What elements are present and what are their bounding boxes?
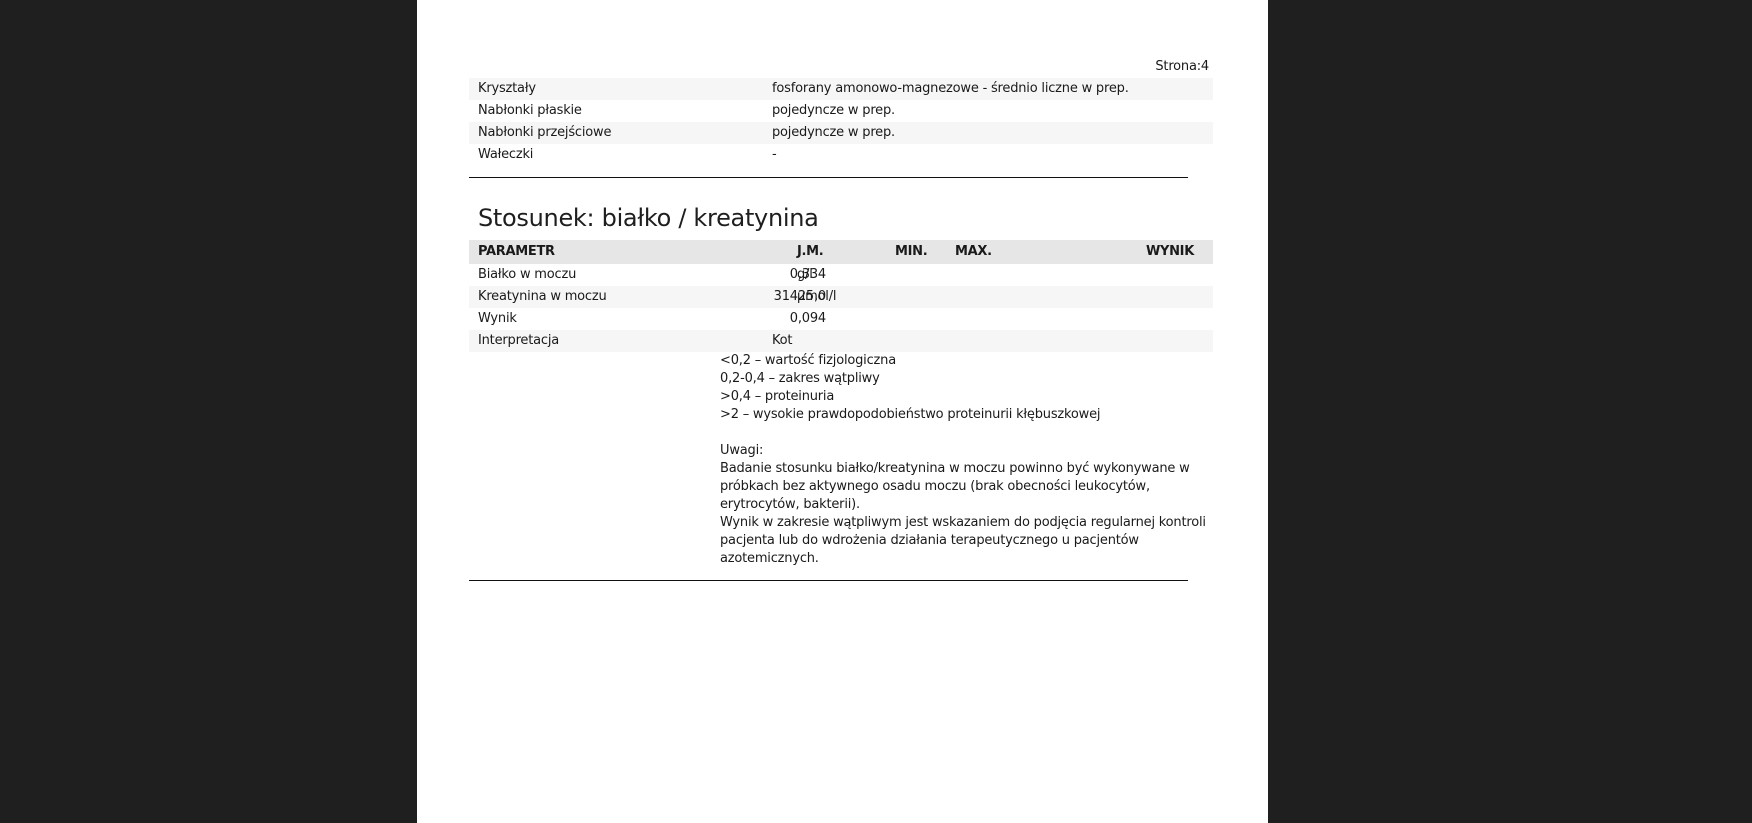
header-min: MIN. (895, 243, 927, 261)
row-value: pojedyncze w prep. (772, 124, 895, 142)
table-header: PARAMETR J.M. MIN. MAX. WYNIK (469, 240, 1213, 264)
table-row: Wałeczki - (469, 144, 1213, 166)
header-max: MAX. (955, 243, 992, 261)
header-unit: J.M. (797, 243, 823, 261)
row-label: Nabłonki płaskie (478, 102, 582, 120)
row-value: - (772, 146, 777, 164)
note-line: erytrocytów, bakterii). (720, 496, 1220, 514)
param-name: Interpretacja (478, 332, 559, 350)
table-row: Kryształy fosforany amonowo-magnezowe - … (469, 78, 1213, 100)
section-title: Stosunek: białko / kreatynina (478, 202, 819, 234)
range-line: 0,2-0,4 – zakres wątpliwy (720, 370, 1220, 388)
section-divider (469, 580, 1188, 581)
row-label: Kryształy (478, 80, 536, 98)
param-unit: g/l (797, 266, 813, 284)
range-line: <0,2 – wartość fizjologiczna (720, 352, 1220, 370)
row-value: pojedyncze w prep. (772, 102, 895, 120)
table-row: Nabłonki płaskie pojedyncze w prep. (469, 100, 1213, 122)
row-label: Nabłonki przejściowe (478, 124, 611, 142)
header-result: WYNIK (1146, 243, 1194, 261)
note-line: Wynik w zakresie wątpliwym jest wskazani… (720, 514, 1220, 532)
param-name: Kreatynina w moczu (478, 288, 607, 306)
param-name: Białko w moczu (478, 266, 576, 284)
table-row: Nabłonki przejściowe pojedyncze w prep. (469, 122, 1213, 144)
range-line: >0,4 – proteinuria (720, 388, 1220, 406)
param-unit: µmol/l (797, 288, 836, 306)
interpretation-notes: <0,2 – wartość fizjologiczna 0,2-0,4 – z… (720, 352, 1220, 568)
table-row: Kreatynina w moczu 31425,0 µmol/l (469, 286, 1213, 308)
note-line: próbkach bez aktywnego osadu moczu (brak… (720, 478, 1220, 496)
table-row: Wynik 0,094 (469, 308, 1213, 330)
page-number: Strona:4 (1129, 58, 1209, 76)
section-divider (469, 177, 1188, 178)
report-page: Strona:4 Kryształy fosforany amonowo-mag… (417, 0, 1268, 823)
param-value: 0,094 (706, 310, 826, 328)
note-line: azotemicznych. (720, 550, 1220, 568)
row-label: Wałeczki (478, 146, 533, 164)
param-name: Wynik (478, 310, 517, 328)
species-value: Kot (772, 332, 792, 350)
range-line: >2 – wysokie prawdopodobieństwo proteinu… (720, 406, 1220, 424)
note-line: pacjenta lub do wdrożenia działania tera… (720, 532, 1220, 550)
row-value: fosforany amonowo-magnezowe - średnio li… (772, 80, 1129, 98)
note-line: Badanie stosunku białko/kreatynina w moc… (720, 460, 1220, 478)
table-row: Interpretacja Kot (469, 330, 1213, 352)
notes-title: Uwagi: (720, 442, 1220, 460)
table-row: Białko w moczu 0,334 g/l (469, 264, 1213, 286)
header-param: PARAMETR (478, 243, 555, 261)
